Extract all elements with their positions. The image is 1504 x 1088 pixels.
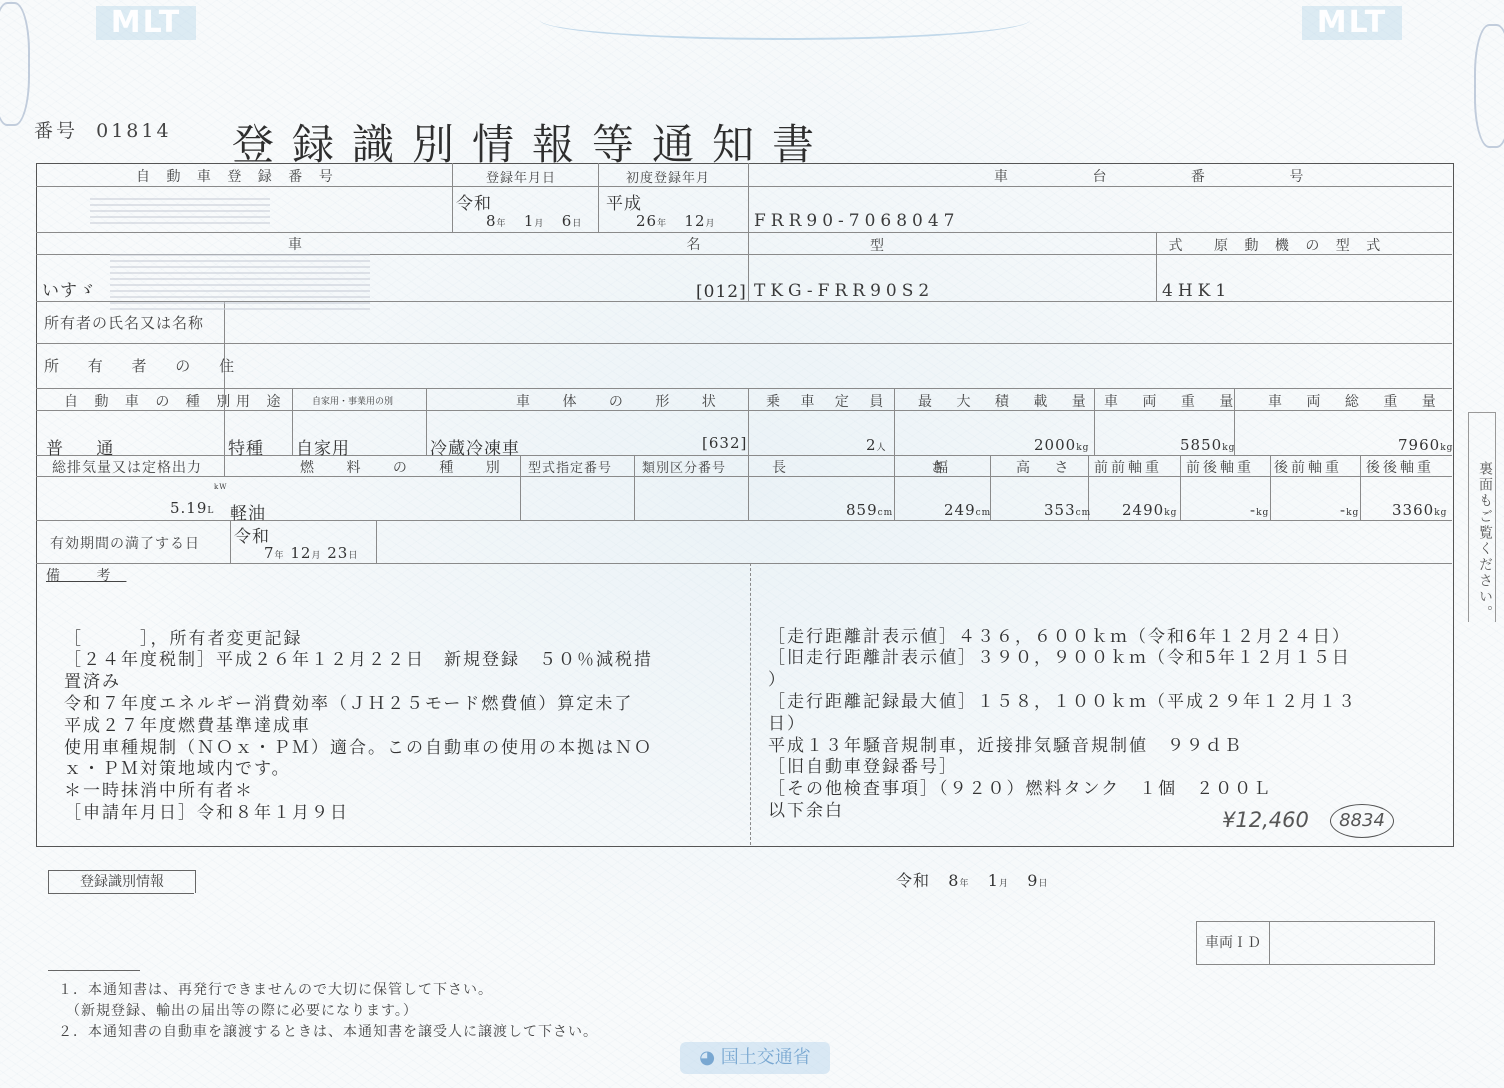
header-registration-date: 登録年月日 bbox=[486, 167, 556, 186]
body-shape-code: [632] bbox=[702, 434, 747, 452]
rr-axle-value: 3360kg bbox=[1392, 501, 1447, 519]
header-remarks: 備 考 bbox=[46, 565, 126, 585]
registration-date-era: 令和 bbox=[456, 189, 492, 214]
usage-value: 特種 bbox=[228, 434, 264, 459]
vehicle-weight-value: 5850kg bbox=[1180, 436, 1235, 454]
ministry-logo: ◕ 国土交通省 bbox=[680, 1042, 830, 1074]
registration-date-value: 8年 1月 6日 bbox=[486, 212, 582, 230]
expiry-date-value: 7年 12月 23日 bbox=[264, 544, 358, 562]
header-category-number: 類別区分番号 bbox=[642, 457, 726, 476]
header-displacement: 総排気量又は定格出力 bbox=[52, 457, 202, 477]
model-value: TKG-FRR90S2 bbox=[754, 281, 934, 301]
rf-axle-value: -kg bbox=[1340, 501, 1359, 519]
header-type-designation: 型式指定番号 bbox=[528, 457, 612, 476]
info-box-label: 登録識別情報 bbox=[48, 870, 196, 893]
redacted-area bbox=[110, 250, 370, 310]
handwritten-fee: ¥12,460 bbox=[1222, 808, 1309, 832]
engine-model-value: 4HK1 bbox=[1162, 281, 1231, 301]
footer-notes: １．本通知書は、再発行できませんので大切に保管して下さい。 （新規登録、輸出の届… bbox=[58, 980, 598, 1043]
chassis-number-value: FRR90-7068047 bbox=[754, 211, 959, 231]
header-fuel-type: 燃 料 の 種 別 bbox=[300, 457, 514, 477]
ff-axle-value: 2490kg bbox=[1122, 501, 1177, 519]
capacity-value: 2人 bbox=[866, 436, 887, 454]
header-width: 幅 bbox=[934, 457, 954, 477]
header-vehicle-class: 自 動 車 の 種 別 bbox=[64, 391, 236, 411]
serial-number: 番号 01814 bbox=[34, 116, 172, 143]
header-body-shape: 車 体 の 形 状 bbox=[516, 391, 730, 411]
header-vehicle-weight: 車 両 重 量 bbox=[1104, 391, 1243, 411]
corner-ornament-left-icon bbox=[0, 2, 30, 126]
displacement-unit-top: kW bbox=[214, 483, 227, 491]
header-gross-weight: 車 両 総 重 量 bbox=[1268, 391, 1446, 411]
serial-value: 01814 bbox=[96, 120, 171, 142]
mlt-watermark-left: MLT bbox=[96, 6, 196, 40]
header-fr-axle: 前後軸重 bbox=[1186, 457, 1254, 477]
header-owner-name: 所有者の氏名又は名称 bbox=[44, 312, 204, 333]
private-business-value: 自家用 bbox=[296, 434, 350, 459]
header-private-business: 自家用・事業用の別 bbox=[312, 394, 393, 407]
circled-number: 8834 bbox=[1330, 804, 1394, 838]
car-name-value: いすゞ bbox=[42, 276, 96, 301]
ornament-top-icon bbox=[540, 0, 1030, 40]
ministry-emblem-icon: ◕ bbox=[699, 1047, 715, 1068]
header-capacity: 乗 車 定 員 bbox=[766, 391, 891, 411]
side-note: 裏面もご覧ください。 bbox=[1468, 412, 1496, 622]
serial-label: 番号 bbox=[34, 120, 78, 142]
header-chassis-number: 車 台 番 号 bbox=[994, 166, 1343, 186]
fr-axle-value: -kg bbox=[1250, 501, 1269, 519]
vehicle-id-label: 車両ＩＤ bbox=[1196, 921, 1270, 965]
header-max-load: 最 大 積 載 量 bbox=[918, 391, 1096, 411]
max-load-value: 2000kg bbox=[1034, 436, 1089, 454]
gross-weight-value: 7960kg bbox=[1398, 436, 1453, 454]
header-owner-address: 所 有 者 の 住 bbox=[44, 355, 246, 376]
first-registration-value: 26年 12月 bbox=[636, 212, 716, 230]
header-rr-axle: 後後軸重 bbox=[1366, 457, 1434, 477]
header-registration-number: 自 動 車 登 録 番 号 bbox=[136, 166, 339, 186]
fuel-type-value: 軽油 bbox=[230, 499, 266, 524]
header-engine-model: 原 動 機 の 型 式 bbox=[1214, 235, 1386, 255]
corner-ornament-right-icon bbox=[1474, 24, 1504, 148]
body-shape-value: 冷蔵冷凍車 bbox=[430, 434, 520, 459]
issue-date: 令和 8年 1月 9日 bbox=[896, 868, 1048, 891]
header-usage: 用 途 bbox=[236, 391, 286, 411]
header-first-registration: 初度登録年月 bbox=[626, 167, 710, 186]
header-car-name: 車 名 bbox=[288, 234, 890, 254]
remarks-right: ［走行距離計表示値］４３６，６００ｋｍ（令和6年１２月２４日）［旧走行距離計表示… bbox=[768, 583, 1357, 845]
mlt-watermark-right: MLT bbox=[1302, 6, 1402, 40]
model-code: [012] bbox=[696, 282, 747, 302]
first-registration-era: 平成 bbox=[606, 189, 642, 214]
header-rf-axle: 後前軸重 bbox=[1274, 457, 1342, 477]
remarks-left: ［ ］，所有者変更記録［２４年度税制］平成２６年１２月２２日 新規登録 ５０％減… bbox=[64, 585, 653, 847]
header-ff-axle: 前前軸重 bbox=[1094, 457, 1162, 477]
displacement-value: 5.19L bbox=[170, 499, 214, 517]
height-value: 353cm bbox=[1044, 501, 1091, 519]
header-height: 高 さ bbox=[1016, 457, 1078, 477]
header-expiry: 有効期間の満了する日 bbox=[50, 533, 200, 553]
vehicle-id-value bbox=[1268, 921, 1435, 965]
header-length: 長 さ bbox=[772, 457, 1014, 477]
redacted-registration-number bbox=[90, 194, 270, 224]
vehicle-class-value: 普 通 bbox=[46, 434, 127, 459]
width-value: 249cm bbox=[944, 501, 991, 519]
length-value: 859cm bbox=[846, 501, 893, 519]
